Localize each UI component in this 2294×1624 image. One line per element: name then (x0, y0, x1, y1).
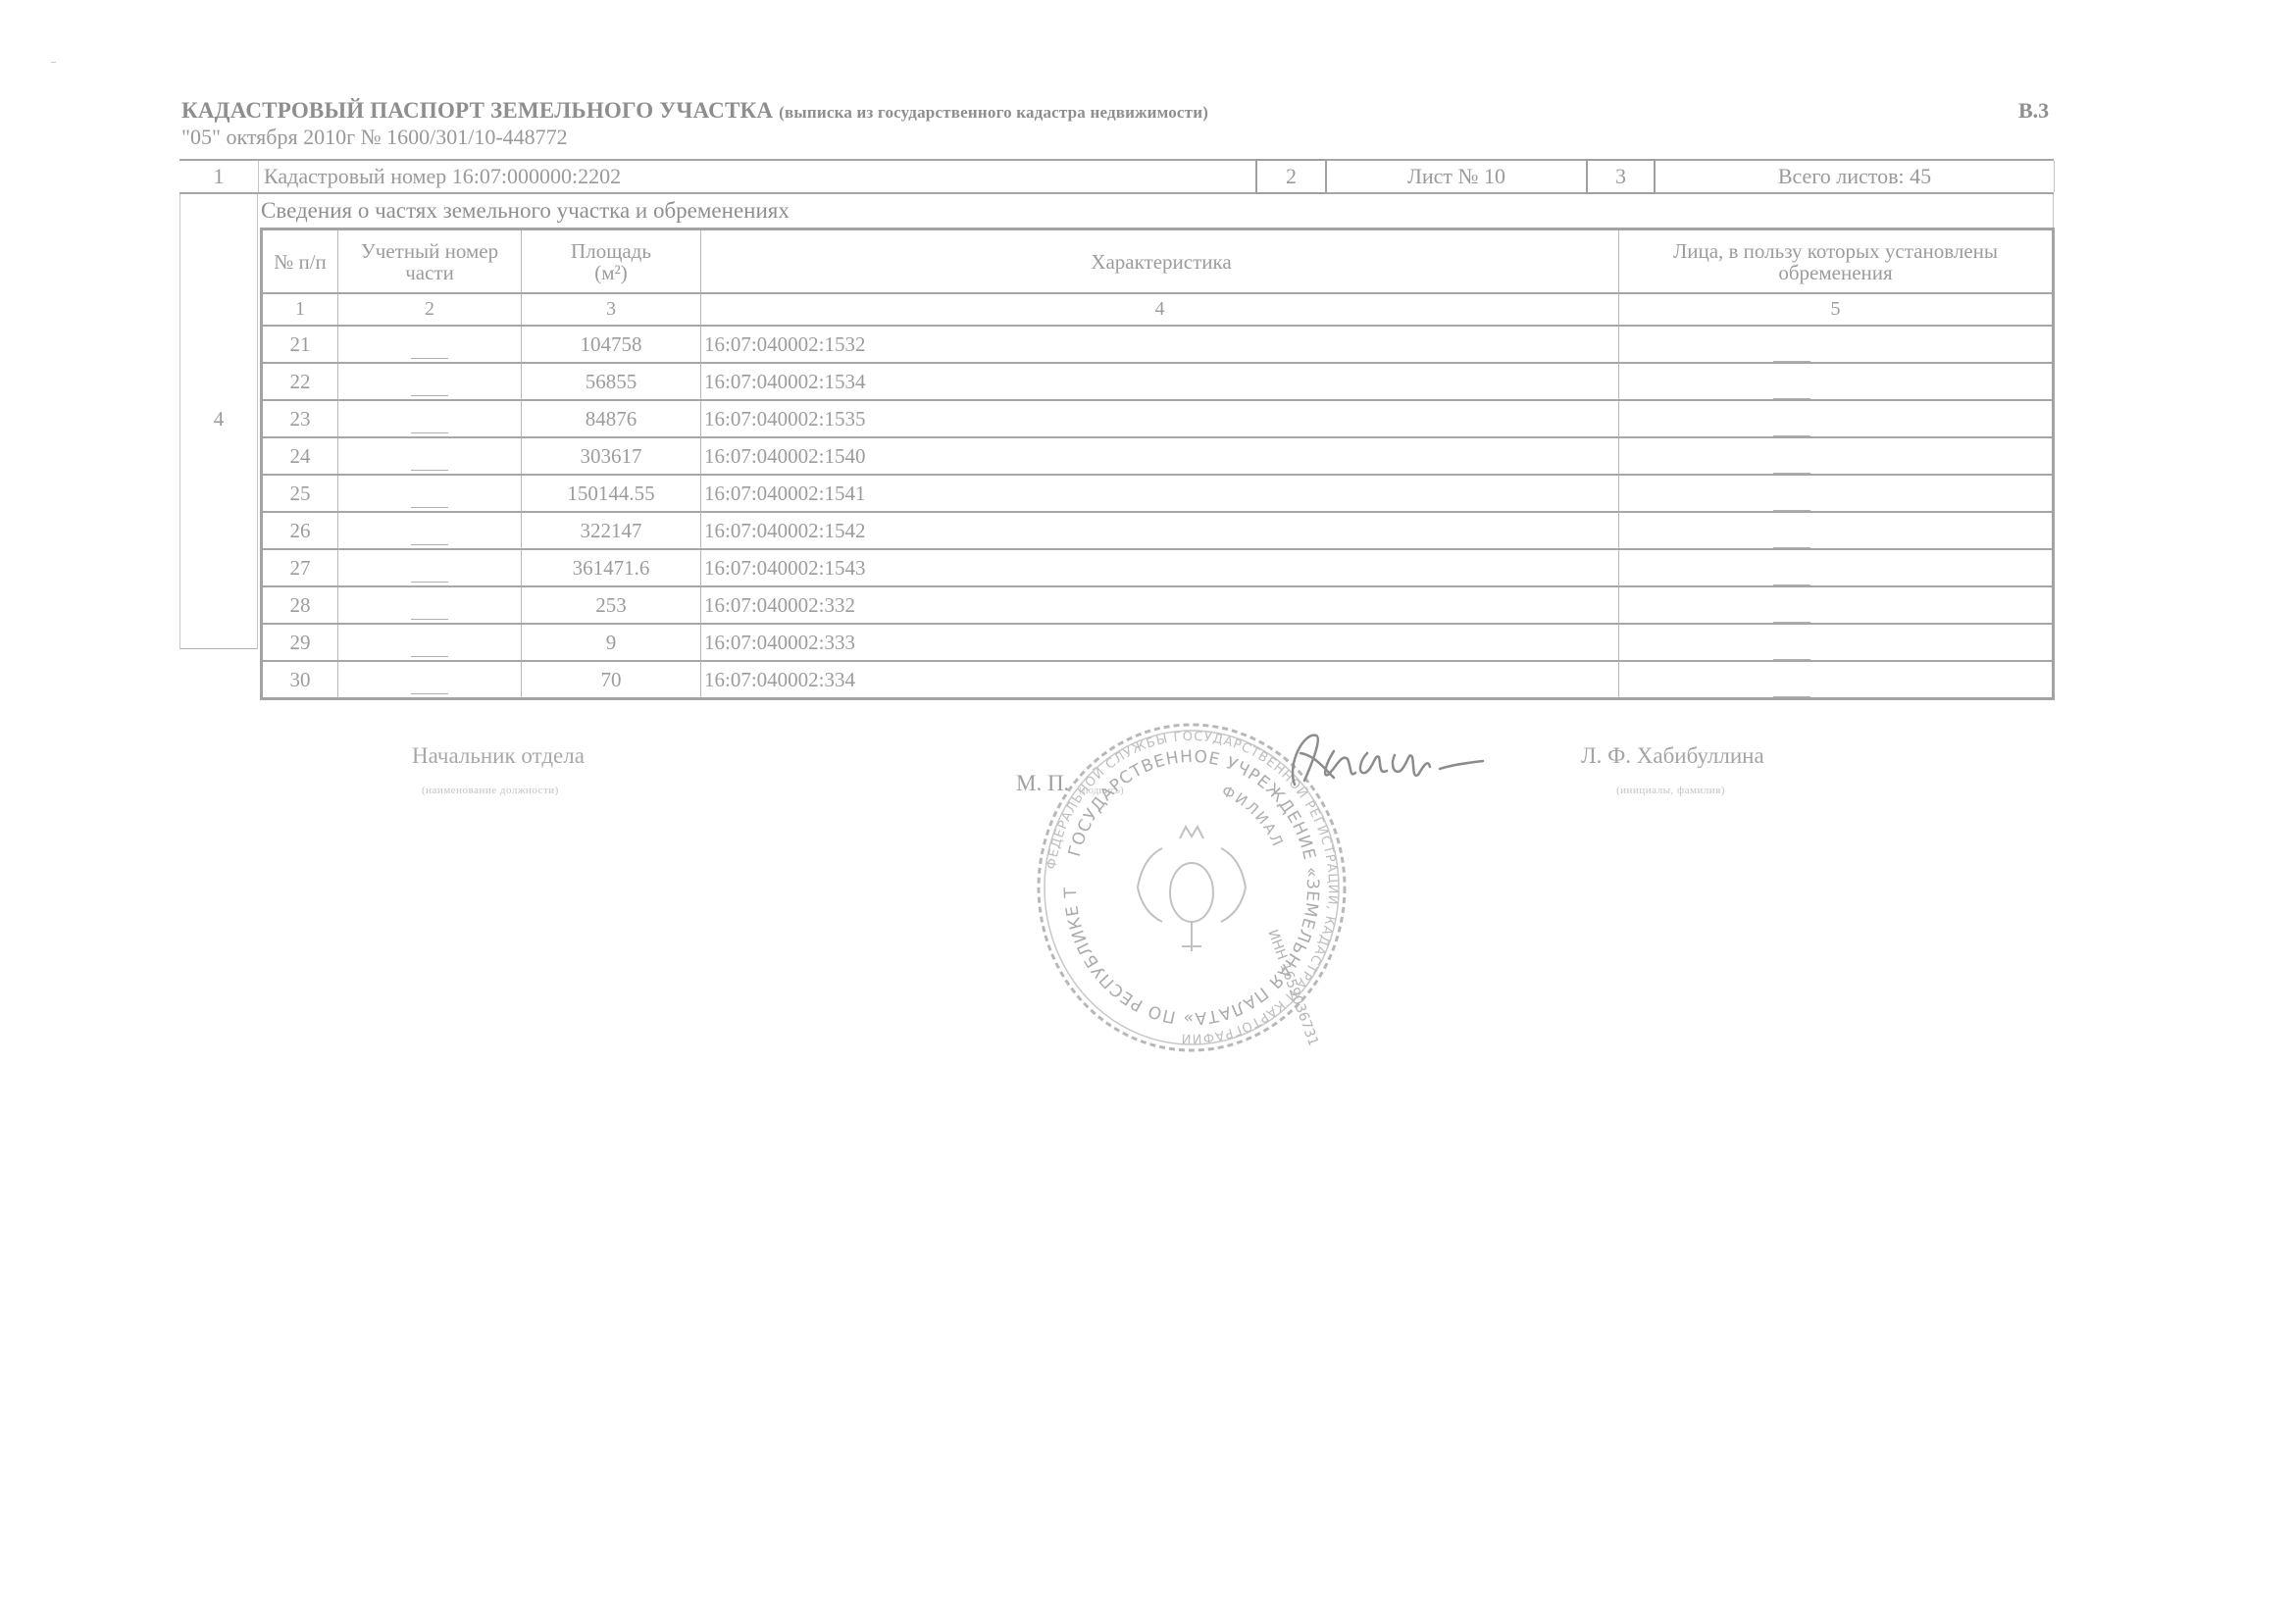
empty-value-dash (1773, 435, 1810, 436)
empty-value-dash (411, 693, 448, 694)
parts-table: № п/п Учетный номерчасти Площадь(м²) Хар… (260, 228, 2055, 700)
document-title-main: КАДАСТРОВЫЙ ПАСПОРТ ЗЕМЕЛЬНОГО УЧАСТКА (181, 98, 773, 123)
characteristic-value: 16:07:040002:332 (701, 586, 1619, 624)
row-number: 22 (262, 363, 338, 400)
row-number: 28 (262, 586, 338, 624)
table-row: 238487616:07:040002:1535 (262, 400, 2054, 437)
row-number: 23 (262, 400, 338, 437)
area-value: 150144.55 (522, 475, 701, 512)
part-number-dash (338, 475, 522, 512)
field-number-3: 3 (1586, 159, 1656, 194)
empty-value-dash (411, 619, 448, 620)
persons-dash (1619, 549, 2054, 586)
field-number-1: 1 (179, 161, 259, 192)
empty-value-dash (1773, 398, 1810, 399)
column-header-persons: Лица, в пользу которых установленыобреме… (1619, 229, 2054, 294)
empty-value-dash (411, 582, 448, 583)
empty-value-dash (1773, 473, 1810, 474)
empty-value-dash (411, 507, 448, 508)
area-value: 361471.6 (522, 549, 701, 586)
column-number: 3 (522, 293, 701, 326)
persons-dash (1619, 326, 2054, 363)
row-number: 25 (262, 475, 338, 512)
part-number-dash (338, 624, 522, 661)
empty-value-dash (1773, 361, 1810, 362)
area-value: 104758 (522, 326, 701, 363)
table-row: 2430361716:07:040002:1540 (262, 437, 2054, 475)
column-number: 4 (701, 293, 1619, 326)
row-number: 27 (262, 549, 338, 586)
persons-dash (1619, 437, 2054, 475)
document-title: КАДАСТРОВЫЙ ПАСПОРТ ЗЕМЕЛЬНОГО УЧАСТКА (… (181, 98, 1208, 124)
persons-dash (1619, 475, 2054, 512)
area-value: 253 (522, 586, 701, 624)
signer-position: Начальник отдела (412, 743, 585, 769)
area-value: 303617 (522, 437, 701, 475)
column-header-number: № п/п (262, 229, 338, 294)
empty-value-dash (411, 432, 448, 433)
table-header-row: № п/п Учетный номерчасти Площадь(м²) Хар… (262, 229, 2054, 294)
table-row: 29916:07:040002:333 (262, 624, 2054, 661)
field-number-2: 2 (1255, 159, 1327, 194)
sheet-number: Лист № 10 (1327, 161, 1586, 192)
total-sheets: Всего листов: 45 (1656, 161, 2055, 192)
row-number: 29 (262, 624, 338, 661)
characteristic-value: 16:07:040002:1532 (701, 326, 1619, 363)
part-number-dash (338, 437, 522, 475)
section-right-border (2053, 194, 2054, 229)
empty-value-dash (1773, 622, 1810, 623)
empty-value-dash (1773, 584, 1810, 585)
table-row: 225685516:07:040002:1534 (262, 363, 2054, 400)
empty-value-dash (411, 470, 448, 471)
row-number: 26 (262, 512, 338, 549)
characteristic-value: 16:07:040002:334 (701, 661, 1619, 699)
cadastral-header-row: 1 Кадастровый номер 16:07:000000:2202 2 … (179, 159, 2054, 194)
persons-dash (1619, 661, 2054, 699)
part-number-dash (338, 400, 522, 437)
area-value: 322147 (522, 512, 701, 549)
column-number: 1 (262, 293, 338, 326)
column-number: 5 (1619, 293, 2054, 326)
characteristic-value: 16:07:040002:1543 (701, 549, 1619, 586)
table-row: 27361471.616:07:040002:1543 (262, 549, 2054, 586)
area-value: 84876 (522, 400, 701, 437)
characteristic-value: 16:07:040002:1534 (701, 363, 1619, 400)
persons-dash (1619, 512, 2054, 549)
row-number: 24 (262, 437, 338, 475)
characteristic-value: 16:07:040002:1542 (701, 512, 1619, 549)
section-title: Сведения о частях земельного участка и о… (261, 198, 790, 224)
characteristic-value: 16:07:040002:1535 (701, 400, 1619, 437)
row-number: 30 (262, 661, 338, 699)
column-number: 2 (338, 293, 522, 326)
table-row: 307016:07:040002:334 (262, 661, 2054, 699)
empty-value-dash (411, 544, 448, 545)
part-number-dash (338, 586, 522, 624)
persons-dash (1619, 363, 2054, 400)
part-number-dash (338, 326, 522, 363)
column-header-part-number: Учетный номерчасти (338, 229, 522, 294)
characteristic-value: 16:07:040002:1540 (701, 437, 1619, 475)
persons-dash (1619, 624, 2054, 661)
empty-value-dash (1773, 510, 1810, 511)
section-number: 4 (179, 407, 258, 431)
area-value: 56855 (522, 363, 701, 400)
cadastral-number: Кадастровый номер 16:07:000000:2202 (260, 161, 621, 192)
empty-value-dash (411, 395, 448, 396)
signer-position-caption: (наименование должности) (422, 785, 559, 796)
empty-value-dash (1773, 696, 1810, 697)
persons-dash (1619, 586, 2054, 624)
empty-value-dash (411, 358, 448, 359)
characteristic-value: 16:07:040002:1541 (701, 475, 1619, 512)
handwritten-signature-icon (1265, 724, 1491, 797)
empty-value-dash (1773, 659, 1810, 660)
table-row: 2632214716:07:040002:1542 (262, 512, 2054, 549)
row-number: 21 (262, 326, 338, 363)
form-code: В.3 (2018, 98, 2049, 124)
scan-speck (51, 62, 56, 63)
column-numbers-row: 1 2 3 4 5 (262, 293, 2054, 326)
empty-value-dash (1773, 547, 1810, 548)
part-number-dash (338, 512, 522, 549)
signer-name-caption: (инициалы, фамилия) (1616, 785, 1725, 796)
persons-dash (1619, 400, 2054, 437)
table-row: 2110475816:07:040002:1532 (262, 326, 2054, 363)
part-number-dash (338, 661, 522, 699)
column-header-characteristic: Характеристика (701, 229, 1619, 294)
part-number-dash (338, 363, 522, 400)
table-row: 25150144.5516:07:040002:1541 (262, 475, 2054, 512)
characteristic-value: 16:07:040002:333 (701, 624, 1619, 661)
area-value: 70 (522, 661, 701, 699)
table-row: 2825316:07:040002:332 (262, 586, 2054, 624)
area-value: 9 (522, 624, 701, 661)
empty-value-dash (411, 656, 448, 657)
signer-name: Л. Ф. Хабибуллина (1581, 743, 1764, 769)
document-title-subtitle: (выписка из государственного кадастра не… (779, 103, 1208, 122)
issue-date-number: "05" октября 2010г № 1600/301/10-448772 (181, 125, 568, 150)
part-number-dash (338, 549, 522, 586)
column-header-area: Площадь(м²) (522, 229, 701, 294)
